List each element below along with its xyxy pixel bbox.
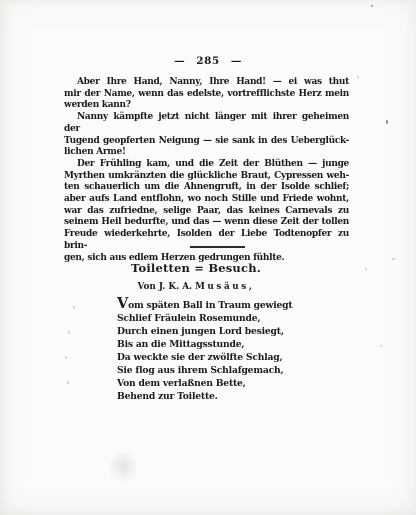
text-line: war das zufriedne, selige Paar, das kein… [64, 206, 349, 218]
text-line: Nanny kämpfte jetzt nicht länger mit ihr… [64, 112, 349, 135]
byline-prefix: Von J. K. A. [137, 282, 192, 292]
poem-line: Schlief Fräulein Rosemunde, [117, 312, 292, 325]
scan-smudge [110, 453, 136, 483]
poem-line: Da weckte sie der zwölfte Schlag, [117, 351, 292, 364]
text-line: Der Frühling kam, und die Zeit der Blüth… [64, 159, 349, 171]
scan-speckle [380, 345, 382, 347]
poem-line: Von dem verlaßnen Bette, [117, 377, 292, 390]
scan-speckle [73, 306, 75, 309]
scan-speckle [371, 5, 373, 7]
scan-speckle [357, 76, 359, 78]
byline-author: Musäus, [195, 282, 254, 292]
text-line: Myrthen umkränzten die glückliche Braut,… [64, 171, 349, 183]
text-line: Tugend geopferten Neigung — sie sank in … [64, 136, 349, 148]
poem-line: Sie flog aus ihrem Schlafgemach, [117, 364, 292, 377]
paragraph: Nanny kämpfte jetzt nicht länger mit ihr… [64, 112, 349, 159]
section-title: Toiletten = Besuch. [0, 261, 404, 275]
scan-speckle [65, 356, 67, 359]
text-line: werden kann? [64, 100, 349, 112]
text-line: Aber Ihre Hand, Nanny, Ihre Hand! — ei w… [64, 77, 349, 89]
poem-line-rest: om späten Ball in Traum gewiegt [128, 300, 292, 311]
poem-line: Bis an die Mittagsstunde, [117, 338, 292, 351]
body-text: Aber Ihre Hand, Nanny, Ihre Hand! — ei w… [64, 77, 349, 264]
paragraph: Der Frühling kam, und die Zeit der Blüth… [64, 159, 349, 264]
scan-speckle [392, 258, 395, 260]
scan-speckle [67, 381, 69, 384]
section-divider-rule [190, 246, 245, 248]
text-line: aber aufs Land entflohn, wo noch Stille … [64, 194, 349, 206]
poem-line: Vom späten Ball in Traum gewiegt [117, 299, 292, 312]
page-number: — 285 — [0, 55, 416, 67]
text-line: lichen Arme! [64, 147, 349, 159]
text-line: Freude wiederkehrte, Isolden der Liebe T… [64, 229, 349, 252]
paragraph: Aber Ihre Hand, Nanny, Ihre Hand! — ei w… [64, 77, 349, 112]
drop-cap-initial: V [117, 295, 128, 312]
poem-line: Durch einen jungen Lord besiegt, [117, 325, 292, 338]
poem-line: Behend zur Toilette. [117, 390, 292, 403]
text-line: seinem Heil bedurfte, und das — wenn die… [64, 217, 349, 229]
scan-speckle [365, 268, 367, 270]
poem: Vom späten Ball in Traum gewiegt Schlief… [117, 299, 292, 403]
scan-speckle [386, 120, 388, 124]
text-line: mir der Name, wenn das edelste, vortreff… [64, 89, 349, 101]
book-page-scan: — 285 — Aber Ihre Hand, Nanny, Ihre Hand… [0, 0, 416, 515]
byline: Von J. K. A.Musäus, [0, 282, 404, 292]
scan-speckle [68, 331, 70, 334]
text-line: ten schauerlich um die Ahnengruft, in de… [64, 182, 349, 194]
